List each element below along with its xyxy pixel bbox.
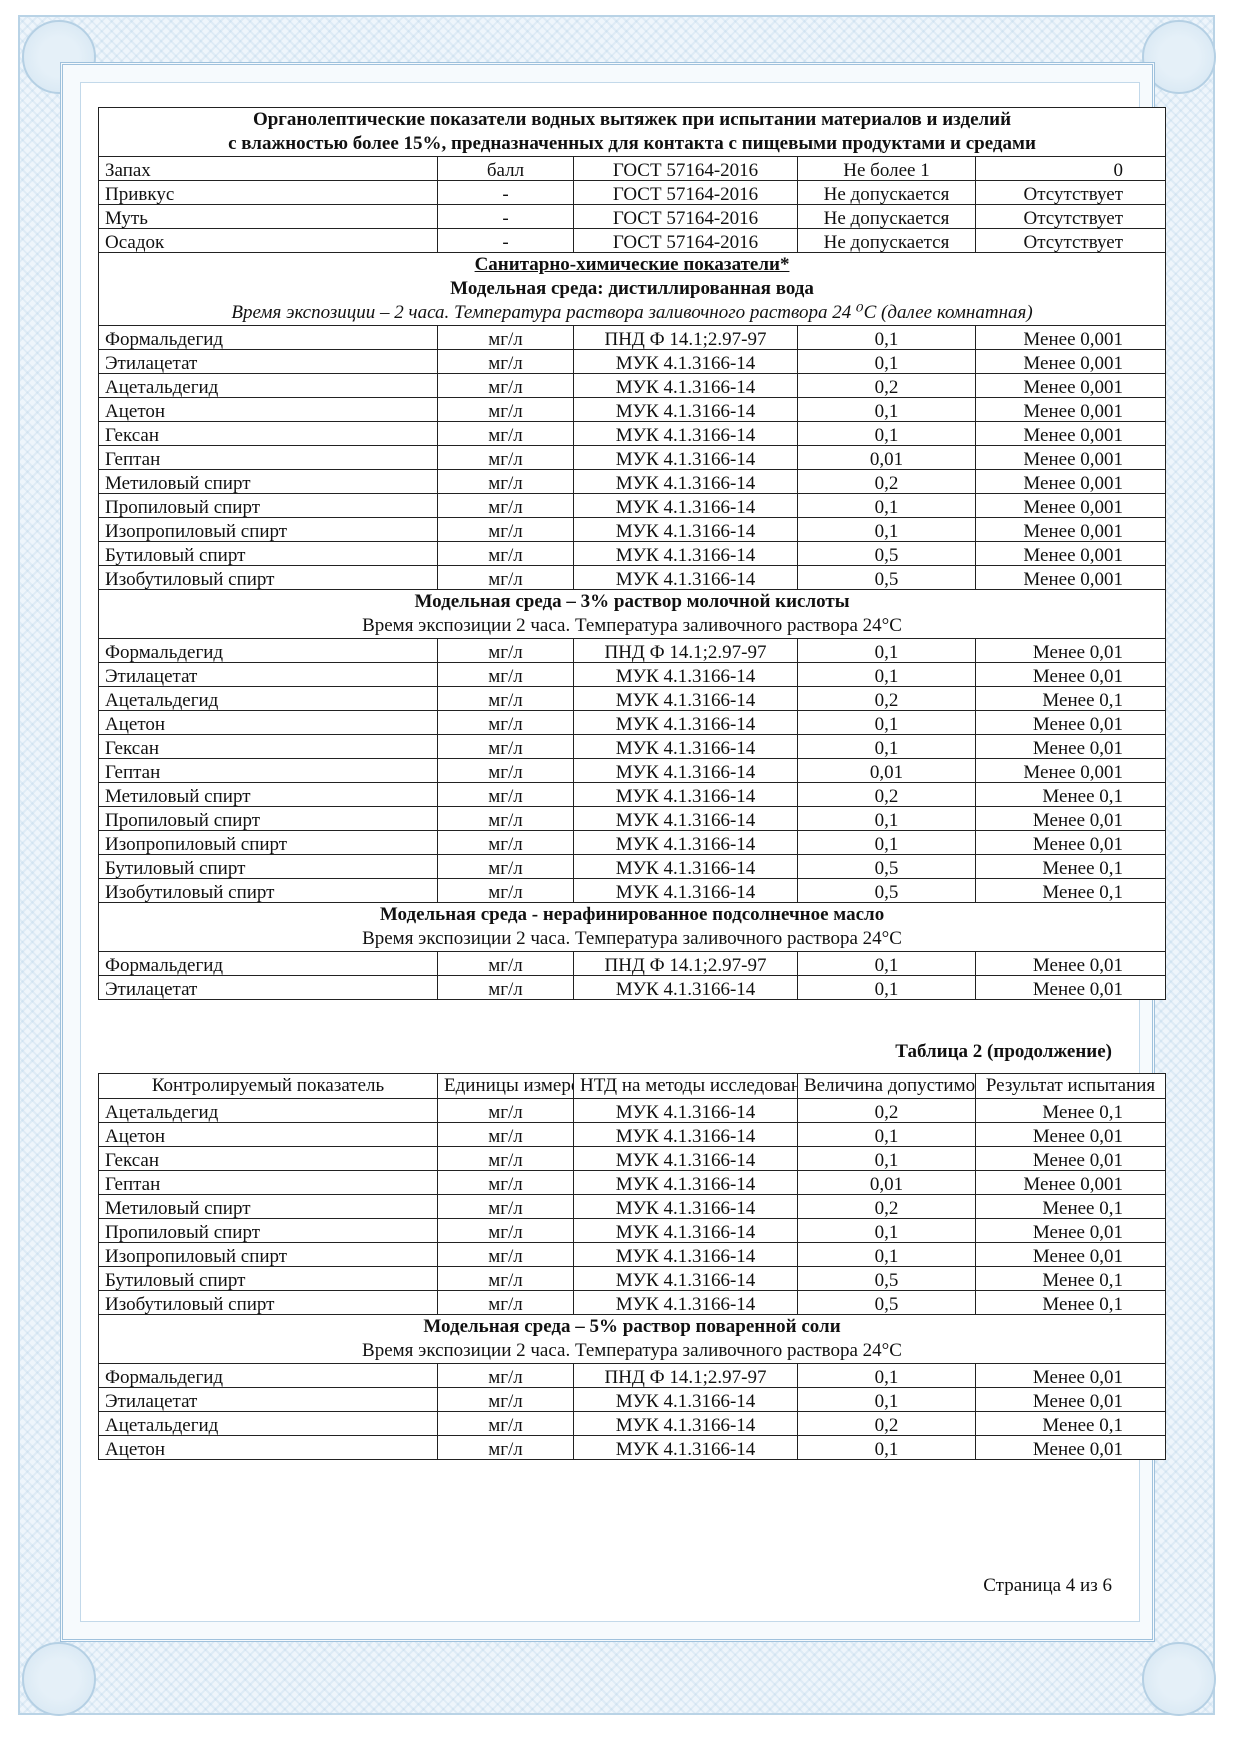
result-cell: 0	[976, 157, 1166, 181]
corner-ornament-icon	[1142, 1642, 1216, 1716]
table-row: Изобутиловый спиртмг/лМУК 4.1.3166-140,5…	[99, 879, 1166, 903]
limit-cell: 0,1	[798, 422, 976, 446]
unit-cell: мг/л	[438, 1099, 574, 1123]
method-cell: МУК 4.1.3166-14	[574, 1147, 798, 1171]
medium-header-cell: Модельная среда – 3% раствор молочной ки…	[99, 590, 1166, 639]
table-row: Изопропиловый спиртмг/лМУК 4.1.3166-140,…	[99, 831, 1166, 855]
method-cell: МУК 4.1.3166-14	[574, 663, 798, 687]
result-cell: Менее 0,001	[976, 470, 1166, 494]
limit-cell: 0,1	[798, 398, 976, 422]
limit-cell: 0,1	[798, 807, 976, 831]
medium-header: Модельная среда - нерафинированное подсо…	[99, 903, 1166, 952]
unit-cell: мг/л	[438, 711, 574, 735]
table-row: Ацетальдегидмг/лМУК 4.1.3166-140,2Менее …	[99, 1412, 1166, 1436]
table-row: Ацетальдегидмг/лМУК 4.1.3166-140,2Менее …	[99, 1099, 1166, 1123]
table-row: Этилацетатмг/лМУК 4.1.3166-140,1Менее 0,…	[99, 1388, 1166, 1412]
method-cell: ПНД Ф 14.1;2.97-97	[574, 639, 798, 663]
result-cell: Менее 0,01	[976, 1219, 1166, 1243]
result-cell: Менее 0,001	[976, 446, 1166, 470]
indicator-name: Изопропиловый спирт	[99, 518, 438, 542]
method-cell: МУК 4.1.3166-14	[574, 422, 798, 446]
results-table-part2: Контролируемый показательЕдиницы измерен…	[98, 1073, 1166, 1460]
unit-cell: мг/л	[438, 783, 574, 807]
unit-cell: мг/л	[438, 855, 574, 879]
unit-cell: мг/л	[438, 1243, 574, 1267]
unit-cell: мг/л	[438, 1291, 574, 1315]
limit-cell: 0,2	[798, 687, 976, 711]
indicator-name: Изобутиловый спирт	[99, 1291, 438, 1315]
table-row: Этилацетатмг/лМУК 4.1.3166-140,1Менее 0,…	[99, 663, 1166, 687]
indicator-name: Гексан	[99, 422, 438, 446]
table-row: Формальдегидмг/лПНД Ф 14.1;2.97-970,1Мен…	[99, 326, 1166, 350]
limit-cell: 0,01	[798, 759, 976, 783]
column-header: Контролируемый показатель	[99, 1074, 438, 1099]
unit-cell: мг/л	[438, 470, 574, 494]
organoleptic-header-cell: Органолептические показатели водных вытя…	[99, 108, 1166, 157]
limit-cell: 0,1	[798, 663, 976, 687]
table-row: Пропиловый спиртмг/лМУК 4.1.3166-140,1Ме…	[99, 1219, 1166, 1243]
result-cell: Менее 0,01	[976, 1364, 1166, 1388]
table-row: ЗапахбаллГОСТ 57164-2016Не более 10	[99, 157, 1166, 181]
indicator-name: Метиловый спирт	[99, 783, 438, 807]
unit-cell: -	[438, 205, 574, 229]
medium-subtitle: Время экспозиции 2 часа. Температура зал…	[105, 614, 1159, 638]
method-cell: МУК 4.1.3166-14	[574, 687, 798, 711]
result-cell: Менее 0,001	[976, 759, 1166, 783]
limit-cell: Не допускается	[798, 229, 976, 253]
method-cell: МУК 4.1.3166-14	[574, 1219, 798, 1243]
limit-cell: 0,5	[798, 879, 976, 903]
method-cell: ГОСТ 57164-2016	[574, 229, 798, 253]
corner-ornament-icon	[22, 1642, 96, 1716]
unit-cell: мг/л	[438, 326, 574, 350]
sanitary-title: Санитарно-химические показатели*	[105, 253, 1159, 277]
method-cell: ГОСТ 57164-2016	[574, 157, 798, 181]
indicator-name: Муть	[99, 205, 438, 229]
method-cell: МУК 4.1.3166-14	[574, 976, 798, 1000]
limit-cell: 0,01	[798, 446, 976, 470]
indicator-name: Формальдегид	[99, 952, 438, 976]
result-cell: Менее 0,01	[976, 639, 1166, 663]
table-row: Гексанмг/лМУК 4.1.3166-140,1Менее 0,01	[99, 1147, 1166, 1171]
medium-title: Модельная среда - нерафинированное подсо…	[105, 903, 1159, 927]
medium-title: Модельная среда – 3% раствор молочной ки…	[105, 590, 1159, 614]
unit-cell: -	[438, 229, 574, 253]
method-cell: МУК 4.1.3166-14	[574, 1099, 798, 1123]
method-cell: МУК 4.1.3166-14	[574, 1243, 798, 1267]
indicator-name: Пропиловый спирт	[99, 807, 438, 831]
table-row: Гексанмг/лМУК 4.1.3166-140,1Менее 0,001	[99, 422, 1166, 446]
result-cell: Менее 0,001	[976, 374, 1166, 398]
table-row: Муть-ГОСТ 57164-2016Не допускаетсяОтсутс…	[99, 205, 1166, 229]
indicator-name: Ацетон	[99, 1436, 438, 1460]
section-title: Органолептические показатели водных вытя…	[105, 108, 1159, 132]
unit-cell: мг/л	[438, 1267, 574, 1291]
unit-cell: мг/л	[438, 1147, 574, 1171]
method-cell: МУК 4.1.3166-14	[574, 831, 798, 855]
method-cell: МУК 4.1.3166-14	[574, 350, 798, 374]
indicator-name: Этилацетат	[99, 350, 438, 374]
method-cell: МУК 4.1.3166-14	[574, 1291, 798, 1315]
column-header: Единицы измерения	[438, 1074, 574, 1099]
result-cell: Менее 0,1	[976, 855, 1166, 879]
result-cell: Менее 0,001	[976, 326, 1166, 350]
unit-cell: мг/л	[438, 759, 574, 783]
limit-cell: Не более 1	[798, 157, 976, 181]
result-cell: Менее 0,001	[976, 398, 1166, 422]
table-row: Бутиловый спиртмг/лМУК 4.1.3166-140,5Мен…	[99, 1267, 1166, 1291]
medium-subtitle: Время экспозиции 2 часа. Температура зал…	[105, 927, 1159, 951]
indicator-name: Ацетальдегид	[99, 1412, 438, 1436]
method-cell: МУК 4.1.3166-14	[574, 879, 798, 903]
limit-cell: 0,1	[798, 735, 976, 759]
indicator-name: Этилацетат	[99, 1388, 438, 1412]
limit-cell: 0,2	[798, 374, 976, 398]
table-row: Формальдегидмг/лПНД Ф 14.1;2.97-970,1Мен…	[99, 639, 1166, 663]
method-cell: МУК 4.1.3166-14	[574, 1195, 798, 1219]
column-header-row: Контролируемый показательЕдиницы измерен…	[99, 1074, 1166, 1099]
limit-cell: 0,1	[798, 1364, 976, 1388]
limit-cell: 0,1	[798, 350, 976, 374]
method-cell: МУК 4.1.3166-14	[574, 711, 798, 735]
indicator-name: Ацетальдегид	[99, 1099, 438, 1123]
indicator-name: Изобутиловый спирт	[99, 566, 438, 590]
indicator-name: Метиловый спирт	[99, 470, 438, 494]
unit-cell: мг/л	[438, 663, 574, 687]
method-cell: МУК 4.1.3166-14	[574, 783, 798, 807]
limit-cell: 0,1	[798, 518, 976, 542]
indicator-name: Бутиловый спирт	[99, 542, 438, 566]
unit-cell: мг/л	[438, 566, 574, 590]
limit-cell: 0,5	[798, 1291, 976, 1315]
unit-cell: мг/л	[438, 1195, 574, 1219]
limit-cell: 0,1	[798, 1147, 976, 1171]
medium-title: Модельная среда: дистиллированная вода	[105, 277, 1159, 301]
result-cell: Менее 0,1	[976, 1412, 1166, 1436]
result-cell: Менее 0,001	[976, 542, 1166, 566]
table-row: Ацетонмг/лМУК 4.1.3166-140,1Менее 0,001	[99, 398, 1166, 422]
medium-header-cell: Санитарно-химические показатели*Модельна…	[99, 253, 1166, 326]
result-cell: Менее 0,01	[976, 663, 1166, 687]
unit-cell: мг/л	[438, 831, 574, 855]
limit-cell: 0,5	[798, 566, 976, 590]
table-row: Пропиловый спиртмг/лМУК 4.1.3166-140,1Ме…	[99, 494, 1166, 518]
unit-cell: мг/л	[438, 735, 574, 759]
table-row: Бутиловый спиртмг/лМУК 4.1.3166-140,5Мен…	[99, 542, 1166, 566]
indicator-name: Метиловый спирт	[99, 1195, 438, 1219]
method-cell: ПНД Ф 14.1;2.97-97	[574, 326, 798, 350]
result-cell: Менее 0,01	[976, 807, 1166, 831]
limit-cell: 0,1	[798, 1243, 976, 1267]
result-cell: Менее 0,1	[976, 1099, 1166, 1123]
method-cell: МУК 4.1.3166-14	[574, 807, 798, 831]
indicator-name: Гептан	[99, 446, 438, 470]
unit-cell: мг/л	[438, 398, 574, 422]
result-cell: Менее 0,001	[976, 494, 1166, 518]
limit-cell: 0,1	[798, 831, 976, 855]
limit-cell: Не допускается	[798, 181, 976, 205]
limit-cell: 0,2	[798, 1195, 976, 1219]
method-cell: МУК 4.1.3166-14	[574, 735, 798, 759]
method-cell: МУК 4.1.3166-14	[574, 759, 798, 783]
table-row: Ацетальдегидмг/лМУК 4.1.3166-140,2Менее …	[99, 374, 1166, 398]
unit-cell: мг/л	[438, 1171, 574, 1195]
unit-cell: мг/л	[438, 374, 574, 398]
indicator-name: Этилацетат	[99, 663, 438, 687]
method-cell: МУК 4.1.3166-14	[574, 542, 798, 566]
unit-cell: балл	[438, 157, 574, 181]
table-row: Бутиловый спиртмг/лМУК 4.1.3166-140,5Мен…	[99, 855, 1166, 879]
result-cell: Отсутствует	[976, 205, 1166, 229]
table-row: Пропиловый спиртмг/лМУК 4.1.3166-140,1Ме…	[99, 807, 1166, 831]
method-cell: МУК 4.1.3166-14	[574, 1436, 798, 1460]
indicator-name: Ацетальдегид	[99, 374, 438, 398]
table-row: Привкус-ГОСТ 57164-2016Не допускаетсяОтс…	[99, 181, 1166, 205]
table-row: Изопропиловый спиртмг/лМУК 4.1.3166-140,…	[99, 518, 1166, 542]
table-row: Гептанмг/лМУК 4.1.3166-140,01Менее 0,001	[99, 759, 1166, 783]
method-cell: МУК 4.1.3166-14	[574, 518, 798, 542]
limit-cell: 0,1	[798, 1388, 976, 1412]
unit-cell: мг/л	[438, 494, 574, 518]
limit-cell: Не допускается	[798, 205, 976, 229]
limit-cell: 0,1	[798, 711, 976, 735]
result-cell: Менее 0,001	[976, 566, 1166, 590]
unit-cell: мг/л	[438, 879, 574, 903]
result-cell: Менее 0,1	[976, 1291, 1166, 1315]
result-cell: Менее 0,01	[976, 952, 1166, 976]
medium-title: Модельная среда – 5% раствор поваренной …	[105, 1315, 1159, 1339]
unit-cell: мг/л	[438, 1388, 574, 1412]
limit-cell: 0,2	[798, 1099, 976, 1123]
indicator-name: Этилацетат	[99, 976, 438, 1000]
method-cell: МУК 4.1.3166-14	[574, 1267, 798, 1291]
method-cell: МУК 4.1.3166-14	[574, 1388, 798, 1412]
unit-cell: мг/л	[438, 518, 574, 542]
limit-cell: 0,1	[798, 1436, 976, 1460]
unit-cell: мг/л	[438, 952, 574, 976]
result-cell: Менее 0,01	[976, 976, 1166, 1000]
page-number: Страница 4 из 6	[800, 1575, 1112, 1597]
section-title: с влажностью более 15%, предназначенных …	[105, 132, 1159, 156]
limit-cell: 0,1	[798, 976, 976, 1000]
medium-header-cell: Модельная среда – 5% раствор поваренной …	[99, 1315, 1166, 1364]
limit-cell: 0,2	[798, 1412, 976, 1436]
unit-cell: мг/л	[438, 422, 574, 446]
method-cell: ГОСТ 57164-2016	[574, 181, 798, 205]
limit-cell: 0,2	[798, 783, 976, 807]
method-cell: ГОСТ 57164-2016	[574, 205, 798, 229]
table-caption: Таблица 2 (продолжение)	[700, 1041, 1112, 1063]
table-row: Этилацетатмг/лМУК 4.1.3166-140,1Менее 0,…	[99, 350, 1166, 374]
table-row: Формальдегидмг/лПНД Ф 14.1;2.97-970,1Мен…	[99, 1364, 1166, 1388]
table-row: Изопропиловый спиртмг/лМУК 4.1.3166-140,…	[99, 1243, 1166, 1267]
result-cell: Менее 0,001	[976, 1171, 1166, 1195]
result-cell: Менее 0,01	[976, 831, 1166, 855]
limit-cell: 0,1	[798, 1123, 976, 1147]
indicator-name: Изобутиловый спирт	[99, 879, 438, 903]
indicator-name: Бутиловый спирт	[99, 855, 438, 879]
unit-cell: мг/л	[438, 1436, 574, 1460]
column-header: Результат испытания	[976, 1074, 1166, 1099]
medium-header: Модельная среда – 3% раствор молочной ки…	[99, 590, 1166, 639]
method-cell: МУК 4.1.3166-14	[574, 855, 798, 879]
medium-header-cell: Модельная среда - нерафинированное подсо…	[99, 903, 1166, 952]
table-row: Гептанмг/лМУК 4.1.3166-140,01Менее 0,001	[99, 1171, 1166, 1195]
method-cell: МУК 4.1.3166-14	[574, 1412, 798, 1436]
table-row: Этилацетатмг/лМУК 4.1.3166-140,1Менее 0,…	[99, 976, 1166, 1000]
table-row: Ацетонмг/лМУК 4.1.3166-140,1Менее 0,01	[99, 1123, 1166, 1147]
indicator-name: Ацетон	[99, 398, 438, 422]
unit-cell: мг/л	[438, 1123, 574, 1147]
indicator-name: Формальдегид	[99, 326, 438, 350]
medium-subtitle: Время экспозиции – 2 часа. Температура р…	[105, 301, 1159, 325]
results-table-part1: Органолептические показатели водных вытя…	[98, 107, 1166, 1000]
unit-cell: мг/л	[438, 446, 574, 470]
table-row: Гептанмг/лМУК 4.1.3166-140,01Менее 0,001	[99, 446, 1166, 470]
indicator-name: Гептан	[99, 1171, 438, 1195]
result-cell: Менее 0,001	[976, 518, 1166, 542]
method-cell: МУК 4.1.3166-14	[574, 1123, 798, 1147]
result-cell: Отсутствует	[976, 181, 1166, 205]
indicator-name: Пропиловый спирт	[99, 1219, 438, 1243]
method-cell: МУК 4.1.3166-14	[574, 374, 798, 398]
result-cell: Менее 0,01	[976, 1147, 1166, 1171]
indicator-name: Бутиловый спирт	[99, 1267, 438, 1291]
indicator-name: Изопропиловый спирт	[99, 831, 438, 855]
limit-cell: 0,2	[798, 470, 976, 494]
table-row: Ацетальдегидмг/лМУК 4.1.3166-140,2Менее …	[99, 687, 1166, 711]
result-cell: Менее 0,1	[976, 1267, 1166, 1291]
unit-cell: мг/л	[438, 976, 574, 1000]
method-cell: МУК 4.1.3166-14	[574, 398, 798, 422]
method-cell: ПНД Ф 14.1;2.97-97	[574, 952, 798, 976]
table-row: Метиловый спиртмг/лМУК 4.1.3166-140,2Мен…	[99, 783, 1166, 807]
unit-cell: мг/л	[438, 807, 574, 831]
limit-cell: 0,5	[798, 542, 976, 566]
result-cell: Отсутствует	[976, 229, 1166, 253]
unit-cell: мг/л	[438, 1219, 574, 1243]
method-cell: МУК 4.1.3166-14	[574, 566, 798, 590]
method-cell: МУК 4.1.3166-14	[574, 1171, 798, 1195]
limit-cell: 0,1	[798, 639, 976, 663]
result-cell: Менее 0,01	[976, 1243, 1166, 1267]
unit-cell: мг/л	[438, 1412, 574, 1436]
unit-cell: мг/л	[438, 1364, 574, 1388]
result-cell: Менее 0,01	[976, 1123, 1166, 1147]
indicator-name: Гексан	[99, 1147, 438, 1171]
result-cell: Менее 0,1	[976, 879, 1166, 903]
medium-subtitle: Время экспозиции 2 часа. Температура зал…	[105, 1339, 1159, 1363]
method-cell: МУК 4.1.3166-14	[574, 494, 798, 518]
indicator-name: Изопропиловый спирт	[99, 1243, 438, 1267]
table-row: Гексанмг/лМУК 4.1.3166-140,1Менее 0,01	[99, 735, 1166, 759]
result-cell: Менее 0,001	[976, 350, 1166, 374]
table-row: Осадок-ГОСТ 57164-2016Не допускаетсяОтсу…	[99, 229, 1166, 253]
column-header: Величина допустимого уровня	[798, 1074, 976, 1099]
unit-cell: -	[438, 181, 574, 205]
result-cell: Менее 0,01	[976, 735, 1166, 759]
method-cell: МУК 4.1.3166-14	[574, 470, 798, 494]
table-row: Метиловый спиртмг/лМУК 4.1.3166-140,2Мен…	[99, 470, 1166, 494]
method-cell: МУК 4.1.3166-14	[574, 446, 798, 470]
indicator-name: Формальдегид	[99, 1364, 438, 1388]
result-cell: Менее 0,1	[976, 783, 1166, 807]
unit-cell: мг/л	[438, 542, 574, 566]
indicator-name: Пропиловый спирт	[99, 494, 438, 518]
indicator-name: Гексан	[99, 735, 438, 759]
organoleptic-header: Органолептические показатели водных вытя…	[99, 108, 1166, 157]
indicator-name: Ацетальдегид	[99, 687, 438, 711]
result-cell: Менее 0,01	[976, 1388, 1166, 1412]
limit-cell: 0,1	[798, 326, 976, 350]
indicator-name: Ацетон	[99, 711, 438, 735]
limit-cell: 0,5	[798, 855, 976, 879]
indicator-name: Гептан	[99, 759, 438, 783]
table-row: Метиловый спиртмг/лМУК 4.1.3166-140,2Мен…	[99, 1195, 1166, 1219]
medium-header: Модельная среда – 5% раствор поваренной …	[99, 1315, 1166, 1364]
result-cell: Менее 0,1	[976, 1195, 1166, 1219]
limit-cell: 0,01	[798, 1171, 976, 1195]
result-cell: Менее 0,01	[976, 1436, 1166, 1460]
table-row: Ацетонмг/лМУК 4.1.3166-140,1Менее 0,01	[99, 1436, 1166, 1460]
result-cell: Менее 0,001	[976, 422, 1166, 446]
table-row: Ацетонмг/лМУК 4.1.3166-140,1Менее 0,01	[99, 711, 1166, 735]
indicator-name: Ацетон	[99, 1123, 438, 1147]
column-header: НТД на методы исследования	[574, 1074, 798, 1099]
indicator-name: Формальдегид	[99, 639, 438, 663]
limit-cell: 0,1	[798, 952, 976, 976]
result-cell: Менее 0,01	[976, 711, 1166, 735]
unit-cell: мг/л	[438, 639, 574, 663]
method-cell: ПНД Ф 14.1;2.97-97	[574, 1364, 798, 1388]
medium-header: Санитарно-химические показатели*Модельна…	[99, 253, 1166, 326]
table-row: Изобутиловый спиртмг/лМУК 4.1.3166-140,5…	[99, 1291, 1166, 1315]
limit-cell: 0,1	[798, 1219, 976, 1243]
limit-cell: 0,1	[798, 494, 976, 518]
indicator-name: Запах	[99, 157, 438, 181]
unit-cell: мг/л	[438, 350, 574, 374]
indicator-name: Привкус	[99, 181, 438, 205]
unit-cell: мг/л	[438, 687, 574, 711]
limit-cell: 0,5	[798, 1267, 976, 1291]
table-row: Формальдегидмг/лПНД Ф 14.1;2.97-970,1Мен…	[99, 952, 1166, 976]
table-row: Изобутиловый спиртмг/лМУК 4.1.3166-140,5…	[99, 566, 1166, 590]
indicator-name: Осадок	[99, 229, 438, 253]
result-cell: Менее 0,1	[976, 687, 1166, 711]
